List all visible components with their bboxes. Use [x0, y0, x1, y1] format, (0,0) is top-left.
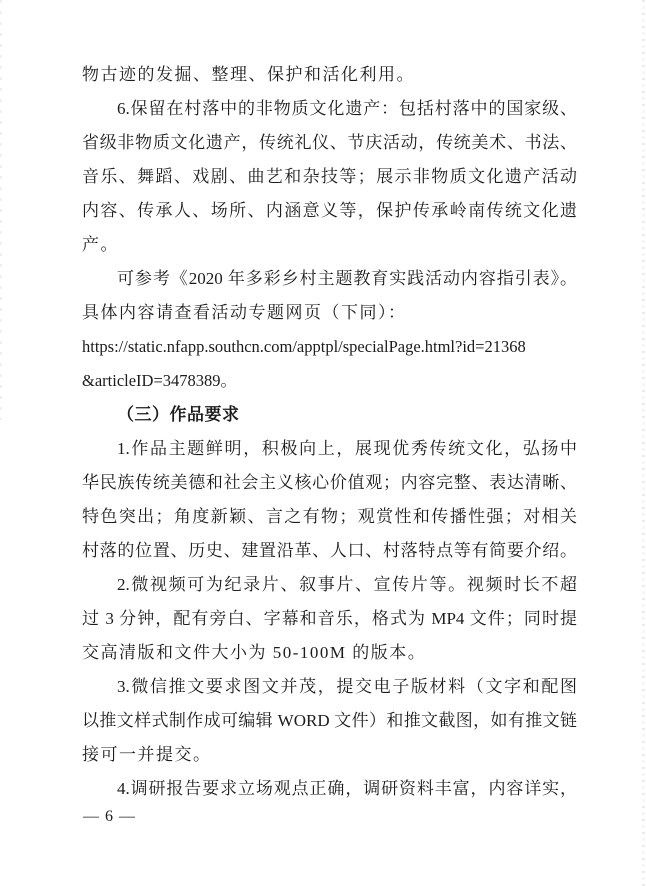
body-line: 物古迹的发掘、整理、保护和活化利用。: [82, 58, 577, 92]
body-line: 具体内容请查看活动专题网页（下同）：: [82, 296, 577, 330]
scanner-noise-left-edge: [0, 0, 2, 420]
body-line: 3.微信推文要求图文并茂，提交电子版材料（文字和配图: [82, 670, 577, 704]
body-line: 1.作品主题鲜明，积极向上，展现优秀传统文化，弘扬中: [82, 432, 577, 466]
body-line: 交高清版和文件大小为 50-100M 的版本。: [82, 636, 577, 670]
body-line: 可参考《2020 年多彩乡村主题教育实践活动内容指引表》。: [82, 262, 577, 296]
scanned-document-page: { "document": { "lines": [ "物古迹的发掘、整理、保护…: [0, 0, 646, 886]
page-number: — 6 —: [83, 800, 136, 834]
body-line: 6.保留在村落中的非物质文化遗产：包括村落中的国家级、: [82, 92, 577, 126]
body-line: 特色突出；角度新颖、言之有物；观赏性和传播性强；对相关: [82, 500, 577, 534]
body-line: 4.调研报告要求立场观点正确，调研资料丰富，内容详实，: [82, 772, 577, 806]
page-background: 物古迹的发掘、整理、保护和活化利用。 6.保留在村落中的非物质文化遗产：包括村落…: [0, 0, 646, 886]
section-heading: （三）作品要求: [82, 398, 577, 432]
body-line: 接可一并提交。: [82, 738, 577, 772]
body-line: 产。: [82, 228, 577, 262]
url-text-line: &articleID=3478389。: [82, 364, 577, 398]
body-line: 省级非物质文化遗产，传统礼仪、节庆活动，传统美术、书法、: [82, 126, 577, 160]
document-body: 物古迹的发掘、整理、保护和活化利用。 6.保留在村落中的非物质文化遗产：包括村落…: [82, 58, 577, 806]
body-line: 过 3 分钟，配有旁白、字幕和音乐，格式为 MP4 文件；同时提: [82, 602, 577, 636]
body-line: 村落的位置、历史、建置沿革、人口、村落特点等有简要介绍。: [82, 534, 577, 568]
body-line: 音乐、舞蹈、戏剧、曲艺和杂技等；展示非物质文化遗产活动: [82, 160, 577, 194]
body-line: 内容、传承人、场所、内涵意义等，保护传承岭南传统文化遗: [82, 194, 577, 228]
url-text-line: https://static.nfapp.southcn.com/apptpl/…: [82, 330, 577, 364]
scanner-noise-right-edge: [642, 0, 645, 886]
body-line: 以推文样式制作成可编辑 WORD 文件）和推文截图，如有推文链: [82, 704, 577, 738]
body-line: 华民族传统美德和社会主义核心价值观；内容完整、表达清晰、: [82, 466, 577, 500]
body-line: 2.微视频可为纪录片、叙事片、宣传片等。视频时长不超: [82, 568, 577, 602]
